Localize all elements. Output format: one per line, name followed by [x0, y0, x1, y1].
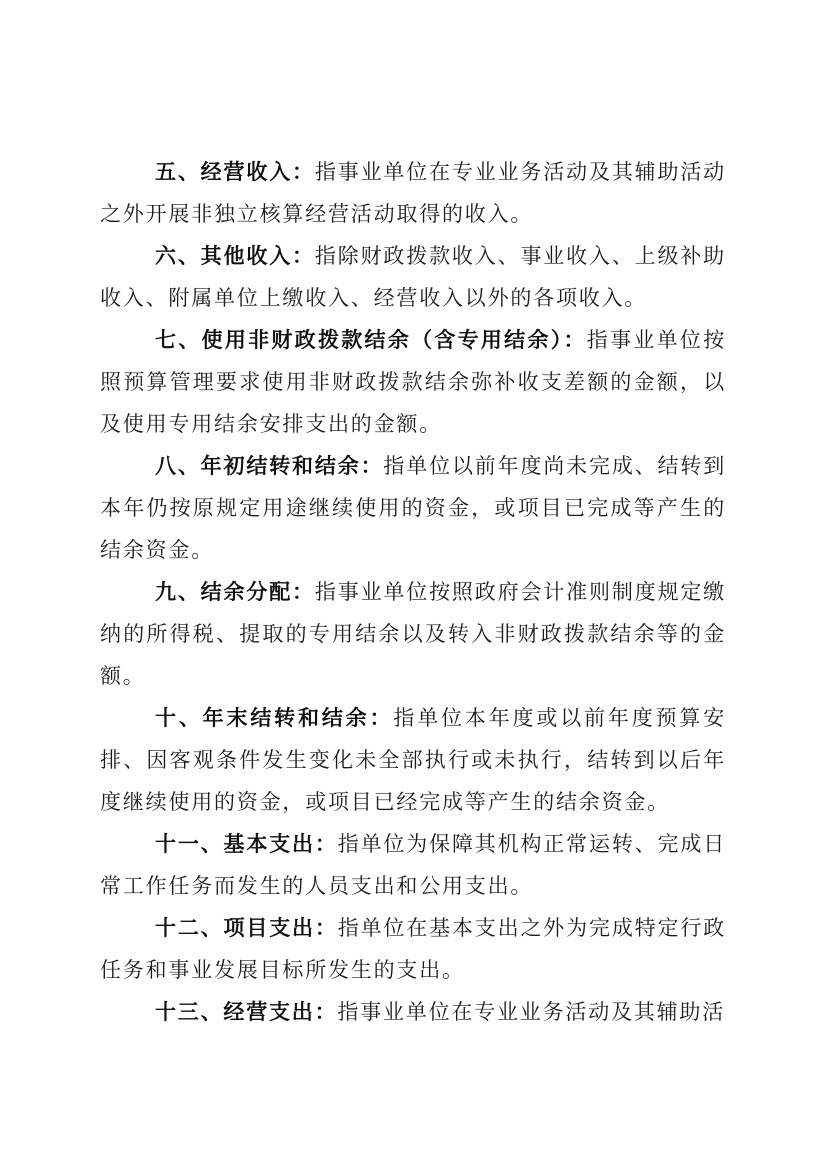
term-definition: 指事业单位在专业业务活动及其辅助活 — [337, 1000, 725, 1024]
definition-paragraph-yearend-carryover: 十、年末结转和结余：指单位本年度或以前年度预算安排、因客观条件发生变化未全部执行… — [100, 697, 726, 823]
term-heading: 九、结余分配： — [155, 580, 315, 604]
definition-paragraph-project-expenditure: 十二、项目支出：指单位在基本支出之外为完成特定行政任务和事业发展目标所发生的支出… — [100, 907, 726, 991]
document-page: 五、经营收入：指事业单位在专业业务活动及其辅助活动之外开展非独立核算经营活动取得… — [0, 0, 826, 1169]
term-heading: 十二、项目支出： — [155, 916, 338, 940]
definition-paragraph-nonfiscal-carryover-use: 七、使用非财政拨款结余（含专用结余）：指事业单位按照预算管理要求使用非财政拨款结… — [100, 319, 726, 445]
term-heading: 六、其他收入： — [155, 244, 315, 268]
definition-paragraph-surplus-distribution: 九、结余分配：指事业单位按照政府会计准则制度规定缴纳的所得税、提取的专用结余以及… — [100, 571, 726, 697]
term-heading: 十、年末结转和结余： — [155, 706, 393, 730]
term-heading: 五、经营收入： — [155, 160, 315, 184]
term-heading: 七、使用非财政拨款结余（含专用结余）： — [155, 328, 587, 352]
term-heading: 十三、经营支出： — [155, 1000, 337, 1024]
term-heading: 十一、基本支出： — [155, 832, 338, 856]
definition-paragraph-operating-expenditure: 十三、经营支出：指事业单位在专业业务活动及其辅助活 — [100, 991, 726, 1033]
definition-paragraph-other-income: 六、其他收入：指除财政拨款收入、事业收入、上级补助收入、附属单位上缴收入、经营收… — [100, 235, 726, 319]
definition-paragraph-beginning-year-carryover: 八、年初结转和结余：指单位以前年度尚未完成、结转到本年仍按原规定用途继续使用的资… — [100, 445, 726, 571]
definition-paragraph-operating-income: 五、经营收入：指事业单位在专业业务活动及其辅助活动之外开展非独立核算经营活动取得… — [100, 151, 726, 235]
term-heading: 八、年初结转和结余： — [155, 454, 383, 478]
definition-paragraph-basic-expenditure: 十一、基本支出：指单位为保障其机构正常运转、完成日常工作任务而发生的人员支出和公… — [100, 823, 726, 907]
